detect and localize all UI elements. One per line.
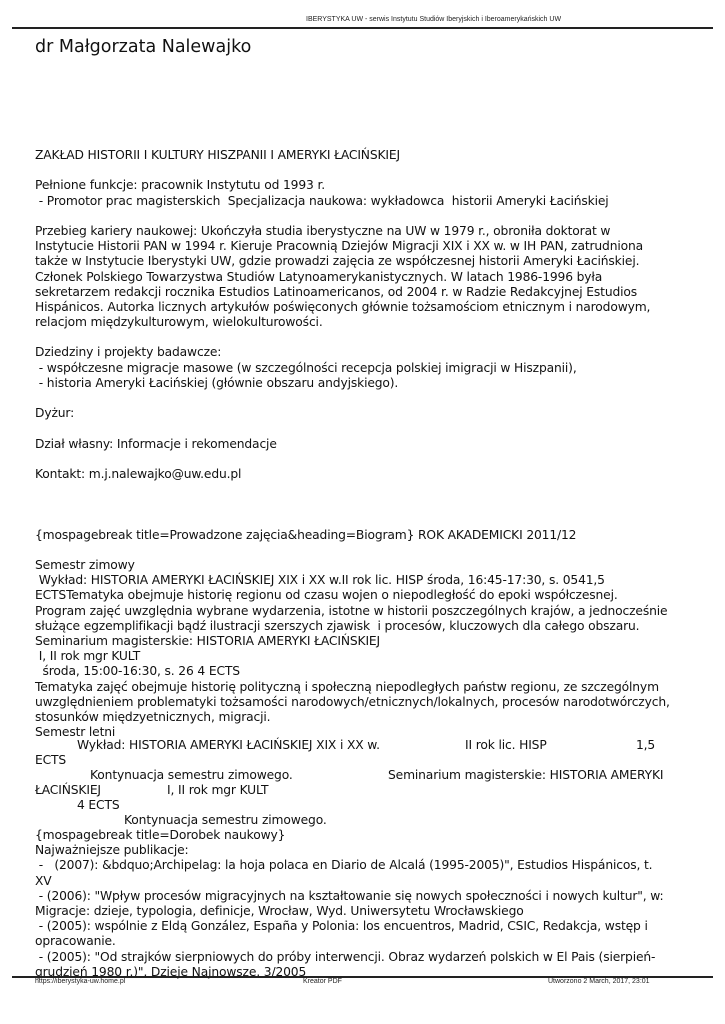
publication-line: - (2006): "Wpływ procesów migracyjnych n…	[35, 889, 695, 904]
publication-line: opracowanie.	[35, 934, 695, 949]
footer-generator: Kreator PDF	[303, 978, 342, 985]
career-paragraph: Przebieg kariery naukowej: Ukończyła stu…	[35, 224, 695, 330]
own-section-line: Dział własny: Informacje i rekomendacje	[35, 437, 695, 452]
duty-label: Dyżur:	[35, 406, 695, 421]
summer-lecture-ects-unit: ECTS	[35, 753, 66, 767]
own-section-link[interactable]: Informacje i rekomendacje	[117, 437, 277, 451]
summer-seminar-title: Seminarium magisterskie: HISTORIA AMERYK…	[388, 768, 663, 782]
winter-course-line: uwzględnieniem problematyki tożsamości n…	[35, 695, 695, 710]
career-line: relacjom międzykulturowym, wielokulturow…	[35, 315, 695, 330]
winter-course-line: służące egzemplifikacji bądź ilustracji …	[35, 619, 695, 634]
winter-course-line: środa, 15:00-16:30, s. 26 4 ECTS	[35, 664, 695, 679]
publication-line: - (2005): wspólnie z Eldą González, Espa…	[35, 919, 695, 934]
summer-seminar-note: Kontynuacja semestru zimowego.	[124, 813, 327, 827]
contact-label: Kontakt:	[35, 467, 89, 481]
summer-seminar-year: I, II rok mgr KULT	[167, 783, 268, 797]
summer-lecture-year: II rok lic. HISP	[465, 738, 547, 752]
specialization-line: - Promotor prac magisterskich Specjaliza…	[35, 194, 695, 209]
pagebreak-courses: {mospagebreak title=Prowadzone zajęcia&h…	[35, 528, 695, 543]
site-header-title: IBERYSTYKA UW - serwis Instytutu Studiów…	[306, 16, 561, 23]
department-heading: ZAKŁAD HISTORII I KULTURY HISZPANII I AM…	[35, 148, 695, 163]
publications-heading: Najważniejsze publikacje:	[35, 843, 695, 858]
document-body: ZAKŁAD HISTORII I KULTURY HISZPANII I AM…	[35, 148, 695, 740]
footer-url[interactable]: https://iberystyka-uw.home.pl	[35, 978, 125, 985]
winter-course-line: Program zajęć uwzględnia wybrane wydarze…	[35, 604, 695, 619]
publication-line: - (2005): "Od strajków sierpniowych do p…	[35, 950, 695, 965]
winter-semester-heading: Semestr zimowy	[35, 558, 695, 573]
publications-section: {mospagebreak title=Dorobek naukowy} Naj…	[35, 828, 695, 980]
header-divider	[12, 27, 713, 29]
summer-lecture-ects-number: 1,5	[636, 738, 655, 752]
summer-lecture-title: Wykład: HISTORIA AMERYKI ŁACIŃSKIEJ XIX …	[77, 738, 380, 752]
career-line: także w Instytucie Iberystyki UW, gdzie …	[35, 254, 695, 269]
summer-seminar-title-cont: ŁACIŃSKIEJ	[35, 783, 101, 797]
functions-line: Pełnione funkcje: pracownik Instytutu od…	[35, 178, 695, 193]
publication-line: Migracje: dzieje, typologia, definicje, …	[35, 904, 695, 919]
contact-line: Kontakt: m.j.nalewajko@uw.edu.pl	[35, 467, 695, 482]
career-line: Instytucie Historii PAN w 1994 r. Kieruj…	[35, 239, 695, 254]
research-item: - współczesne migracje masowe (w szczegó…	[35, 361, 695, 376]
career-line: sekretarzem redakcji rocznika Estudios L…	[35, 285, 695, 300]
winter-course-line: ECTSTematyka obejmuje historię regionu o…	[35, 588, 695, 603]
publication-line: XV	[35, 874, 695, 889]
contact-email-link[interactable]: m.j.nalewajko@uw.edu.pl	[89, 467, 242, 481]
winter-course-line: Seminarium magisterskie: HISTORIA AMERYK…	[35, 634, 695, 649]
footer-created-timestamp: Utworzono 2 March, 2017, 23:01	[548, 978, 650, 985]
winter-course-line: stosunków międzyetnicznych, migracji.	[35, 710, 695, 725]
winter-course-line: I, II rok mgr KULT	[35, 649, 695, 664]
winter-course-line: Tematyka zajęć obejmuje historię polityc…	[35, 680, 695, 695]
research-item: - historia Ameryki Łacińskiej (głównie o…	[35, 376, 695, 391]
career-line: Przebieg kariery naukowej: Ukończyła stu…	[35, 224, 695, 239]
publication-line: - (2007): &bdquo;Archipelag: la hoja pol…	[35, 858, 695, 873]
page-title: dr Małgorzata Nalewajko	[35, 37, 251, 57]
winter-course-line: Wykład: HISTORIA AMERYKI ŁACIŃSKIEJ XIX …	[35, 573, 695, 588]
own-section-label: Dział własny:	[35, 437, 117, 451]
career-line: Hispánicos. Autorka licznych artykułów p…	[35, 300, 695, 315]
research-heading: Dziedziny i projekty badawcze:	[35, 345, 695, 360]
pagebreak-publications: {mospagebreak title=Dorobek naukowy}	[35, 828, 695, 843]
summer-seminar-ects: 4 ECTS	[77, 798, 120, 812]
career-line: Członek Polskiego Towarzystwa Studiów La…	[35, 270, 695, 285]
summer-lecture-note: Kontynuacja semestru zimowego.	[90, 768, 293, 782]
